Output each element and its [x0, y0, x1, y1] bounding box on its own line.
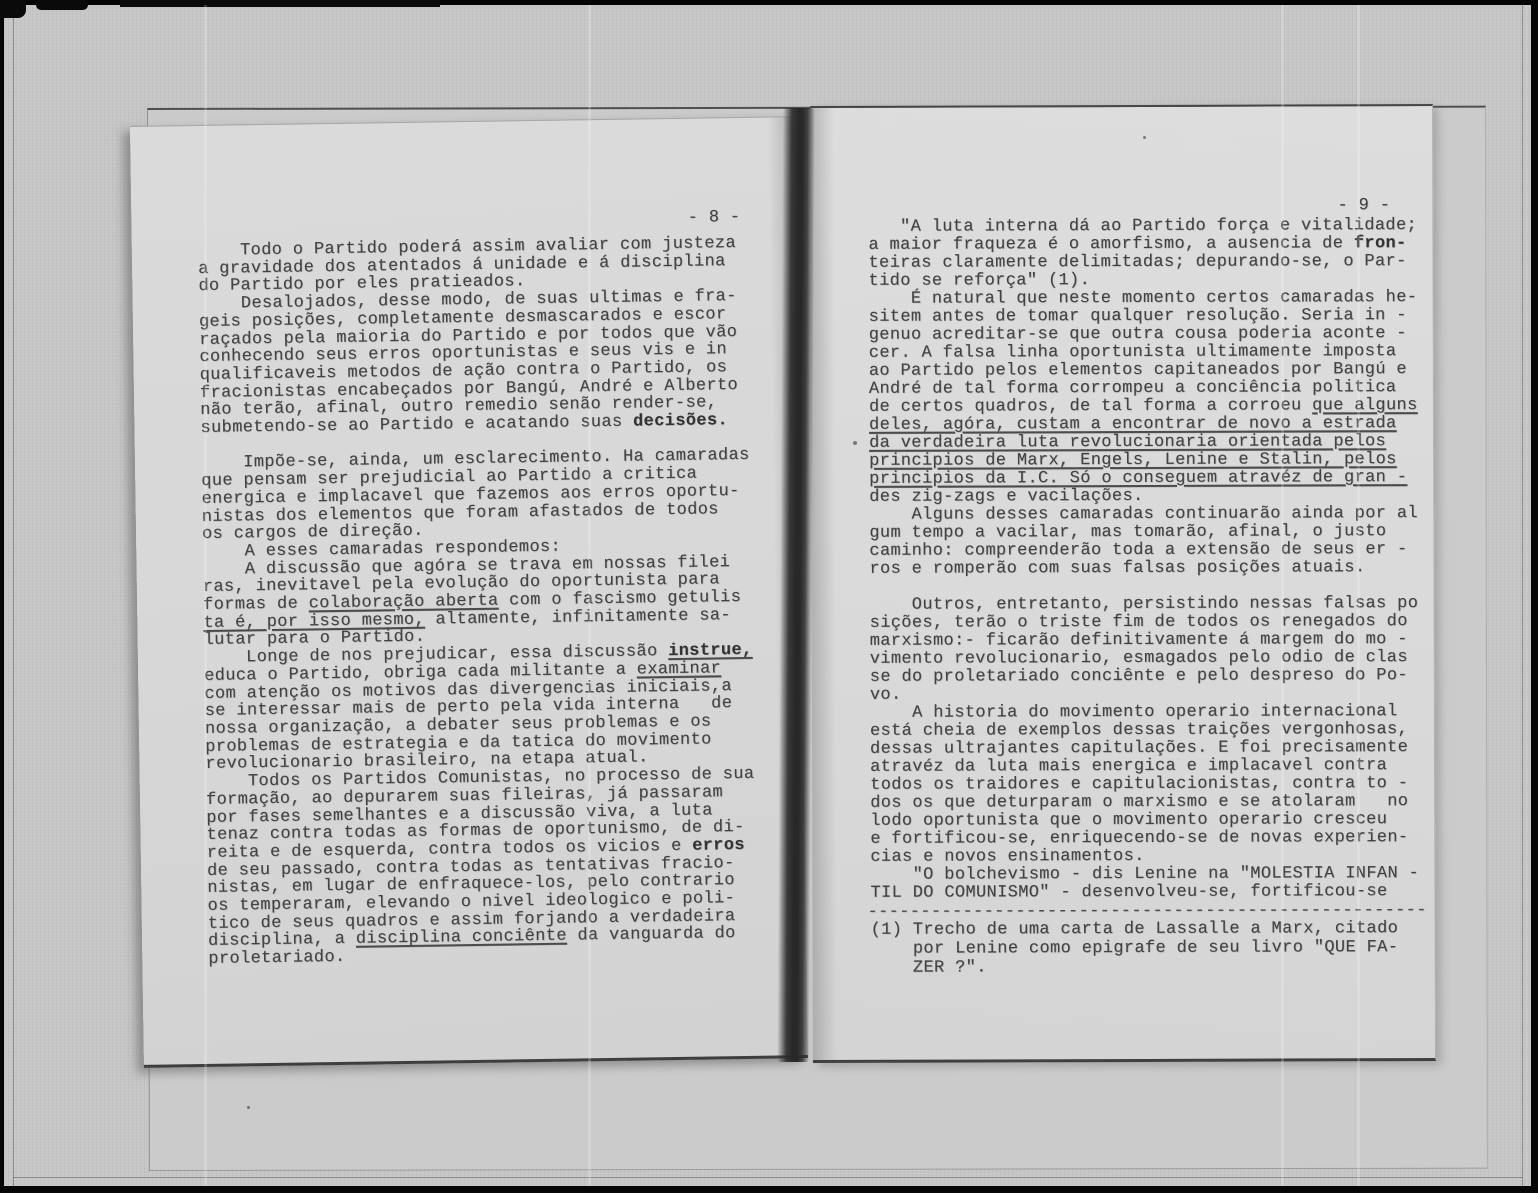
text-line: por Lenine como epigrafe de seu livro "Q… — [871, 938, 1399, 959]
text-segment: TIL DO COMUNISMO" - desenvolveu-se, fort… — [870, 882, 1387, 903]
text-line: se do proletariado conciênte e pelo desp… — [870, 667, 1419, 687]
text-segment: des zig-zags e vacilações. — [869, 487, 1143, 507]
text-segment: se do proletariado conciênte e pelo desp… — [870, 666, 1408, 687]
right-page-text: "A luta interna dá ao Partido força e vi… — [868, 217, 1419, 903]
text-line: TIL DO COMUNISMO" - desenvolveu-se, fort… — [870, 883, 1419, 903]
film-frame-line-right — [1522, 5, 1523, 1186]
text-segment: vo. — [870, 686, 902, 705]
text-segment: decisões. — [633, 411, 728, 431]
text-segment: (1) Trecho de uma carta de Lassalle a Ma… — [871, 919, 1399, 940]
page-number-9: - 9 - — [868, 196, 1390, 217]
scan-artifact — [120, 0, 440, 7]
underlined-text: disciplina conciênte — [356, 927, 567, 949]
text-line: principios da I.C. Só o conseguem atravé… — [869, 469, 1418, 489]
underlined-text: que alguns — [1312, 396, 1418, 415]
text-segment: teiras claramente delimitadas; depurando… — [868, 252, 1406, 273]
film-frame-line-bottom — [13, 1177, 1523, 1178]
text-line: ros e romperão com suas falsas posições … — [869, 559, 1418, 579]
scanner-streak — [1281, 5, 1284, 1186]
text-segment: fron- — [1354, 234, 1407, 253]
footnote-text: (1) Trecho de uma carta de Lassalle a Ma… — [871, 919, 1399, 978]
scan-speck — [247, 1106, 250, 1109]
scan-artifact — [0, 0, 26, 18]
scanner-streak — [1357, 5, 1360, 1186]
text-segment: proletariado. — [208, 948, 345, 969]
left-page: - 8 - Todo o Partido poderá assim avalia… — [130, 116, 808, 1068]
text-line: teiras claramente delimitadas; depurando… — [868, 253, 1417, 273]
text-segment: erros — [692, 836, 745, 856]
book-spine-shadow — [777, 108, 815, 1062]
text-segment: cias e novos ensinamentos. — [870, 847, 1144, 867]
underlined-text: instrue, — [668, 641, 753, 661]
text-segment: ZER ?". — [871, 958, 987, 977]
scan-speck — [853, 441, 857, 445]
film-frame-line-left — [13, 5, 14, 1186]
left-page-text: Todo o Partido poderá assim avaliar com … — [198, 235, 757, 969]
text-line: e fortificou-se, enriquecendo-se de nova… — [870, 829, 1419, 849]
scanned-document-photo: { "document": { "left_page": { "page_num… — [0, 0, 1538, 1193]
text-segment: da vanguarda do — [567, 925, 736, 947]
scanner-streak — [204, 5, 207, 1186]
text-line: (1) Trecho de uma carta de Lassalle a Ma… — [871, 919, 1399, 940]
scanner-streak — [588, 5, 591, 1186]
underlined-text: Só o conseguem atravéz de gran - — [1059, 468, 1407, 488]
text-segment: tido se reforça" (1). — [869, 271, 1091, 291]
page-number-8: - 8 - — [197, 208, 740, 235]
scan-speck — [1143, 136, 1146, 139]
text-segment: por Lenine como epigrafe de seu livro "Q… — [871, 938, 1399, 959]
text-line: ZER ?". — [871, 957, 1399, 978]
text-segment: e fortificou-se, enriquecendo-se de nova… — [870, 828, 1408, 849]
text-segment: ros e romperão com suas falsas posições … — [869, 558, 1365, 579]
right-page: - 9 - "A luta interna dá ao Partido forç… — [810, 104, 1436, 1063]
scan-artifact — [36, 0, 88, 10]
underlined-text: principios da I.C. — [869, 469, 1059, 489]
